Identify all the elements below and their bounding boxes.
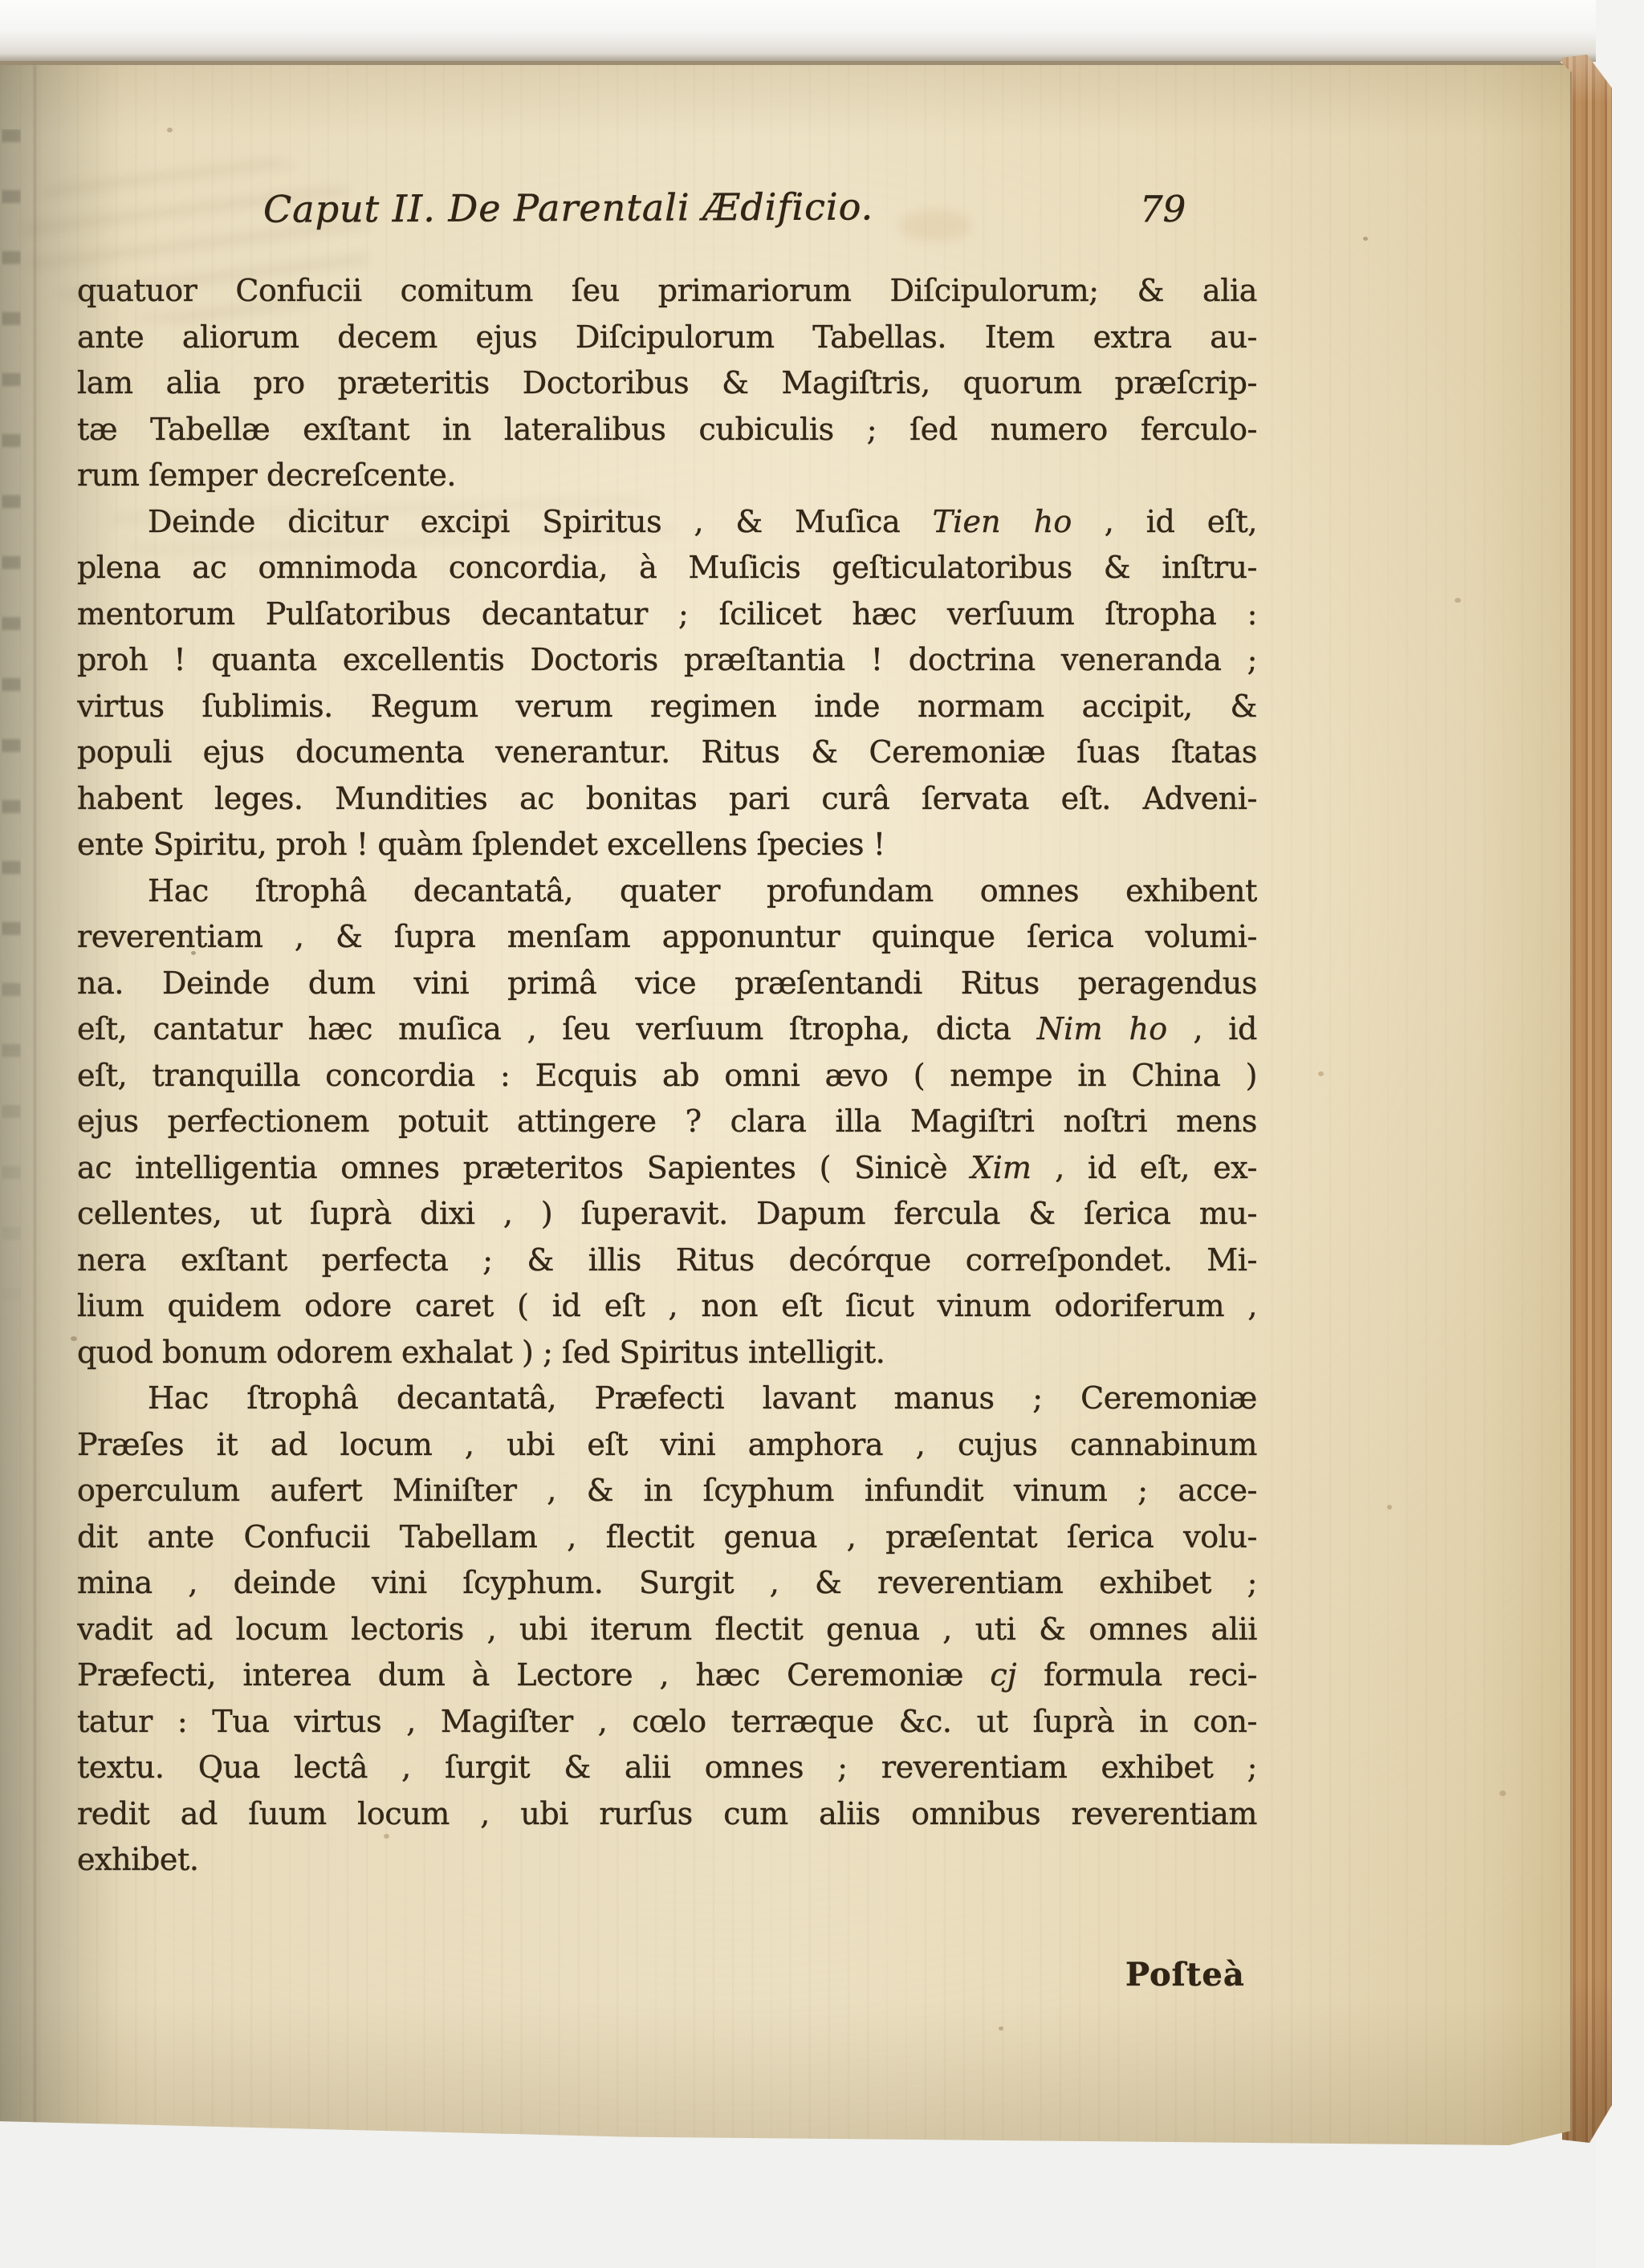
body-line: virtus ſublimis. Regum verum regimen ind… xyxy=(77,684,1257,730)
body-line: ente Spiritu, proh ! quàm ſplendet excel… xyxy=(77,822,1257,868)
body-line: Hac ſtrophâ decantatâ, quater profundam … xyxy=(77,868,1257,915)
stain xyxy=(999,2026,1003,2030)
body-line: lium quidem odore caret ( id eſt , non e… xyxy=(77,1283,1257,1330)
body-line: reverentiam , & ſupra menſam apponuntur … xyxy=(77,914,1257,961)
body-line: mentorum Pulſatoribus decantatur ; ſcili… xyxy=(77,591,1257,638)
stain xyxy=(1455,598,1461,603)
body-line: plena ac omnimoda concordia, à Muſicis g… xyxy=(77,545,1257,591)
body-line: dit ante Confucii Tabellam , flectit gen… xyxy=(77,1514,1257,1561)
body-line: Hac ſtrophâ decantatâ, Præfecti lavant m… xyxy=(77,1376,1257,1422)
page-crease xyxy=(34,65,36,2145)
body-line: Præſes it ad locum , ubi eſt vini amphor… xyxy=(77,1422,1257,1469)
stain xyxy=(1318,1071,1324,1076)
page-number: 79 xyxy=(1140,185,1186,234)
stain xyxy=(167,128,173,132)
body-line: tæ Tabellæ exſtant in lateralibus cubicu… xyxy=(77,407,1257,453)
print-through-marks xyxy=(2,129,21,1333)
body-line: nera exſtant perfecta ; & illis Ritus de… xyxy=(77,1238,1257,1284)
book-page: Caput II. De Parentali Ædificio. 79 quat… xyxy=(0,61,1572,2145)
body-line: lam alia pro præteritis Doctoribus & Mag… xyxy=(77,360,1257,407)
stain xyxy=(1387,1505,1392,1510)
stain xyxy=(1363,237,1368,241)
scanned-book-photo: Caput II. De Parentali Ædificio. 79 quat… xyxy=(0,0,1644,2268)
body-line: eſt, tranquilla concordia : Ecquis ab om… xyxy=(77,1053,1257,1099)
body-line: redit ad ſuum locum , ubi rurſus cum ali… xyxy=(77,1791,1257,1838)
body-line: na. Deinde dum vini primâ vice præſentan… xyxy=(77,961,1257,1007)
body-line: eſt, cantatur hæc muſica , ſeu verſuum ſ… xyxy=(77,1006,1257,1053)
body-line: tatur : Tua virtus , Magiſter , cœlo ter… xyxy=(77,1699,1257,1746)
body-line: Præfecti, interea dum à Lectore , hæc Ce… xyxy=(77,1652,1257,1699)
body-line: operculum aufert Miniſter , & in ſcyphum… xyxy=(77,1468,1257,1514)
running-chapter-header: Caput II. De Parentali Ædificio. xyxy=(263,181,873,234)
stain xyxy=(1500,1790,1506,1796)
body-line: quatuor Confucii comitum ſeu primariorum… xyxy=(77,268,1257,315)
body-line: proh ! quanta excellentis Doctoris præſt… xyxy=(77,637,1257,684)
body-line: exhibet. xyxy=(77,1837,1257,1884)
body-line: populi ejus documenta venerantur. Ritus … xyxy=(77,730,1257,776)
body-line: Deinde dicitur excipi Spiritus , & Muſic… xyxy=(77,499,1257,546)
body-line: textu. Qua lectâ , ſurgit & alii omnes ;… xyxy=(77,1745,1257,1791)
body-line: quod bonum odorem exhalat ) ; ſed Spirit… xyxy=(77,1330,1257,1376)
stain xyxy=(71,1336,77,1341)
scanner-background-top xyxy=(0,0,1644,62)
body-line: rum ſemper decreſcente. xyxy=(77,453,1257,499)
body-line: vadit ad locum lectoris , ubi iterum fle… xyxy=(77,1607,1257,1653)
body-line: ejus perfectionem potuit attingere ? cla… xyxy=(77,1099,1257,1145)
text-block: quatuor Confucii comitum ſeu primariorum… xyxy=(77,268,1257,1884)
body-line: ante aliorum decem ejus Diſcipulorum Tab… xyxy=(77,315,1257,361)
body-line: cellentes, ut ſuprà dixi , ) ſuperavit. … xyxy=(77,1191,1257,1238)
stain xyxy=(899,209,971,242)
body-line: habent leges. Mundities ac bonitas pari … xyxy=(77,776,1257,823)
catchword: Poſteà xyxy=(1125,1953,1245,1998)
body-line: mina , deinde vini ſcyphum. Surgit , & r… xyxy=(77,1560,1257,1607)
body-line: ac intelligentia omnes præteritos Sapien… xyxy=(77,1145,1257,1192)
